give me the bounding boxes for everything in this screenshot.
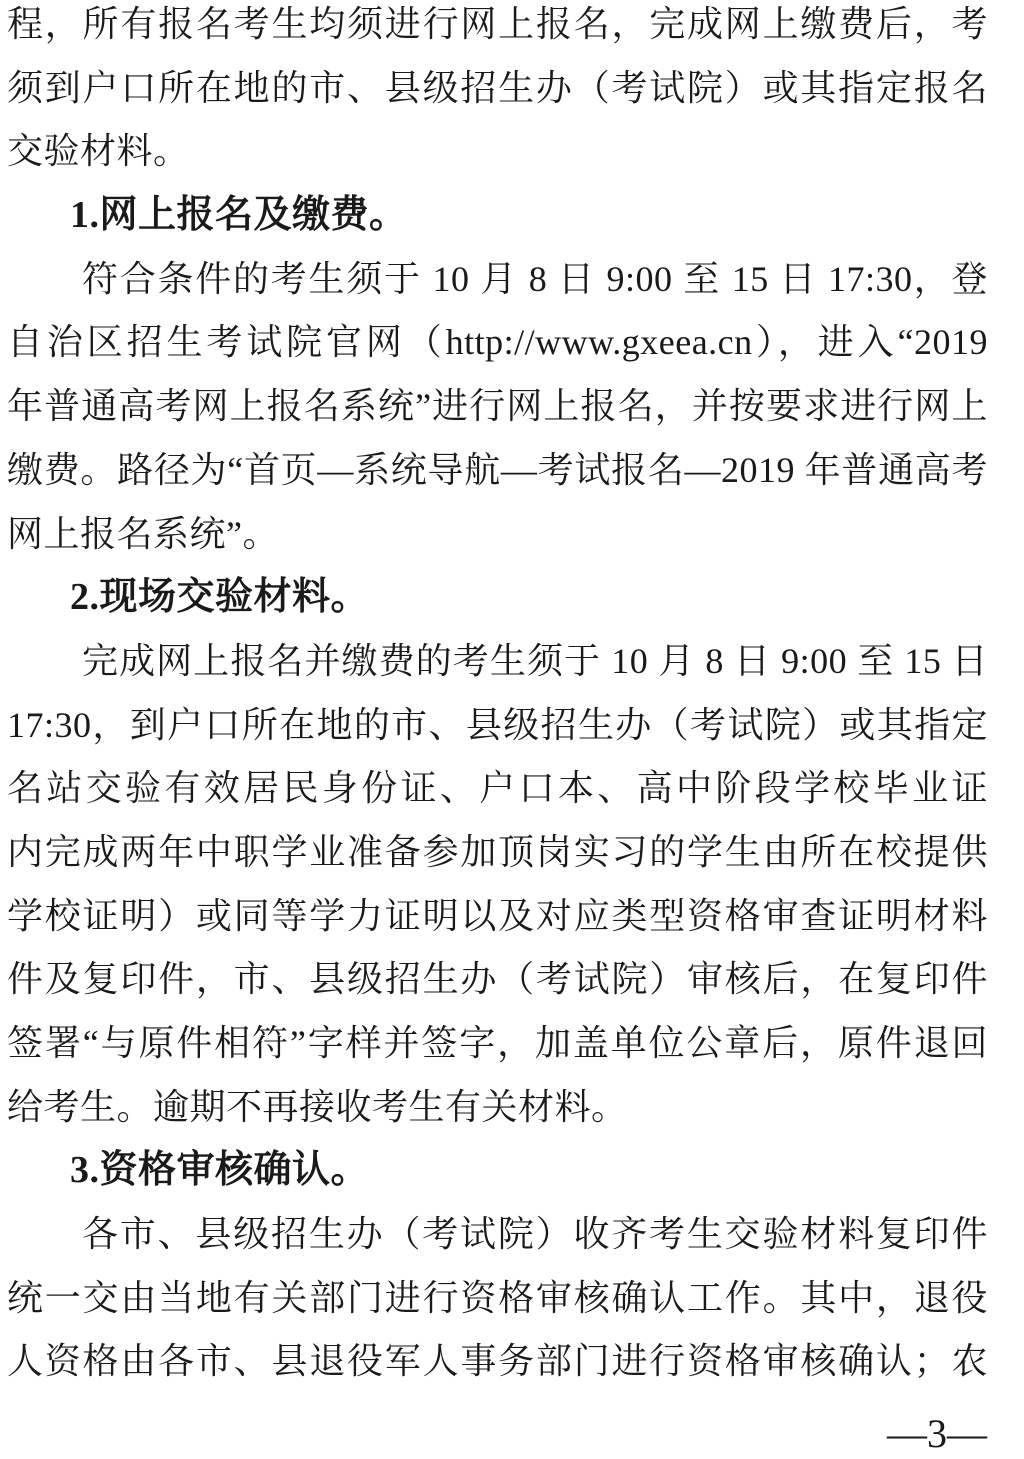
text-line: 符合条件的考生须于 10 月 8 日 9:00 至 15 日 17:30，登录 xyxy=(7,248,988,312)
text-line: 人资格由各市、县退役军人事务部门进行资格审核确认；农民 xyxy=(7,1330,988,1394)
document-page: 程，所有报名考生均须进行网上报名，完成网上缴费后，考生须到户口所在地的市、县级招… xyxy=(0,0,1024,1459)
heading-line: 2.现场交验材料。 xyxy=(7,566,988,630)
text-line: 签署“与原件相符”字样并签字，加盖单位公章后，原件退回 xyxy=(7,1012,988,1076)
text-line: 网上报名系统”。 xyxy=(7,503,988,567)
heading-line: 1.网上报名及缴费。 xyxy=(7,184,988,248)
paragraph-6: 各市、县级招生办（考试院）收齐考生交验材料复印件后，统一交由当地有关部门进行资格… xyxy=(7,1203,988,1394)
text-line: 学校证明）或同等学力证明以及对应类型资格审查证明材料原 xyxy=(7,885,988,949)
page-number: —3— xyxy=(887,1414,987,1454)
paragraph-4: 完成网上报名并缴费的考生须于 10 月 8 日 9:00 至 15 日17:30… xyxy=(7,630,988,1140)
paragraph-2: 符合条件的考生须于 10 月 8 日 9:00 至 15 日 17:30，登录自… xyxy=(7,248,988,566)
section-heading-1: 1.网上报名及缴费。 xyxy=(7,184,988,248)
text-line: 年普通高考网上报名系统”进行网上报名，并按要求进行网上 xyxy=(7,375,988,439)
text-line: 须到户口所在地的市、县级招生办（考试院）或其指定报名站 xyxy=(7,57,988,121)
text-line: 程，所有报名考生均须进行网上报名，完成网上缴费后，考生 xyxy=(7,0,988,57)
text-line: 自治区招生考试院官网（http://www.gxeea.cn），进入“2019 xyxy=(7,311,988,375)
section-heading-5: 3.资格审核确认。 xyxy=(7,1139,988,1203)
text-line: 17:30，到户口所在地的市、县级招生办（考试院）或其指定报 xyxy=(7,694,988,758)
text-line: 件及复印件，市、县级招生办（考试院）审核后，在复印件上 xyxy=(7,948,988,1012)
paragraph-0: 程，所有报名考生均须进行网上报名，完成网上缴费后，考生须到户口所在地的市、县级招… xyxy=(7,0,988,184)
text-line: 完成网上报名并缴费的考生须于 10 月 8 日 9:00 至 15 日 xyxy=(7,630,988,694)
text-line: 名站交验有效居民身份证、户口本、高中阶段学校毕业证（区 xyxy=(7,757,988,821)
text-line: 交验材料。 xyxy=(7,120,988,184)
section-heading-3: 2.现场交验材料。 xyxy=(7,566,988,630)
heading-line: 3.资格审核确认。 xyxy=(7,1139,988,1203)
text-line: 各市、县级招生办（考试院）收齐考生交验材料复印件后， xyxy=(7,1203,988,1267)
text-line: 缴费。路径为“首页—系统导航—考试报名—2019 年普通高考 xyxy=(7,439,988,503)
text-line: 给考生。逾期不再接收考生有关材料。 xyxy=(7,1076,988,1140)
text-line: 统一交由当地有关部门进行资格审核确认工作。其中，退役军 xyxy=(7,1267,988,1331)
text-line: 内完成两年中职学业准备参加顶岗实习的学生由所在校提供在 xyxy=(7,821,988,885)
document-body: 程，所有报名考生均须进行网上报名，完成网上缴费后，考生须到户口所在地的市、县级招… xyxy=(7,0,988,1394)
